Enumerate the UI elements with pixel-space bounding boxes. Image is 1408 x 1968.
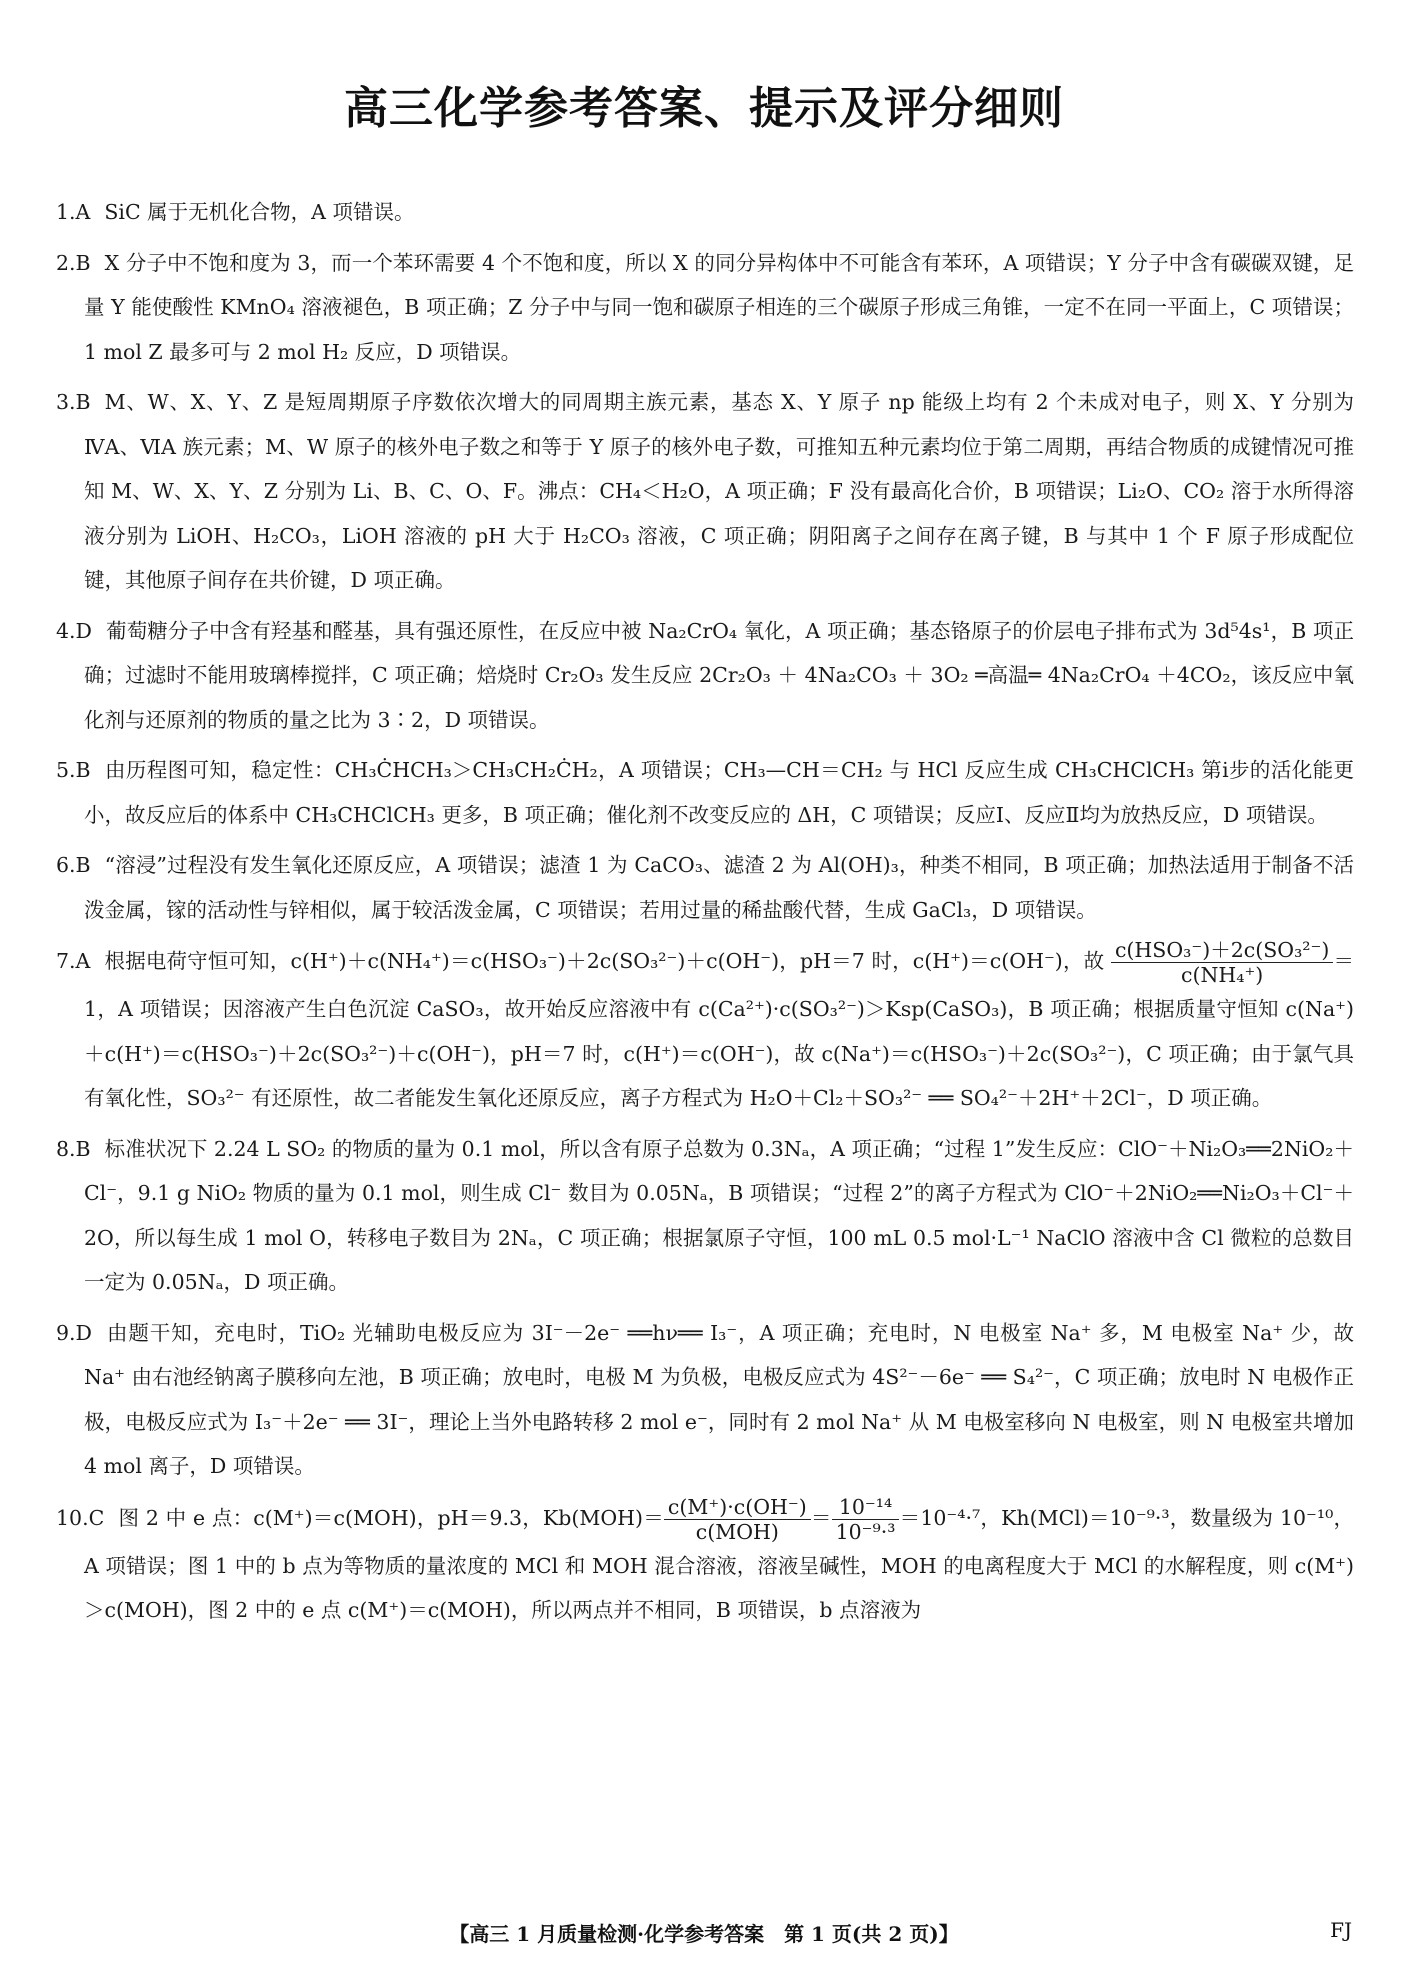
answer-number: 2.B [56, 251, 91, 275]
answer-item-5: 5.B由历程图可知，稳定性：CH₃ĊHCH₃＞CH₃CH₂ĊH₂，A 项错误；C… [56, 748, 1354, 837]
answer-explanation: “溶浸”过程没有发生氧化还原反应，A 项错误；滤渣 1 为 CaCO₃、滤渣 2… [84, 853, 1354, 922]
answer-explanation: 葡萄糖分子中含有羟基和醛基，具有强还原性，在反应中被 Na₂CrO₄ 氧化，A … [84, 619, 1354, 732]
page-footer: 【高三 1 月质量检测·化学参考答案 第 1 页(共 2 页)】 [0, 1918, 1408, 1947]
answer-number: 7.A [56, 949, 90, 973]
fraction-denominator: c(NH₄⁺) [1111, 963, 1333, 987]
answer-explanation-part1: 根据电荷守恒可知，c(H⁺)＋c(NH₄⁺)＝c(HSO₃⁻)＋2c(SO₃²⁻… [104, 949, 1104, 973]
page-title: 高三化学参考答案、提示及评分细则 [0, 72, 1408, 136]
fraction-denominator: c(MOH) [664, 1520, 811, 1544]
answer-explanation: X 分子中不饱和度为 3，而一个苯环需要 4 个不饱和度，所以 X 的同分异构体… [84, 251, 1354, 364]
fraction: c(HSO₃⁻)＋2c(SO₃²⁻)c(NH₄⁺) [1111, 938, 1333, 987]
fraction: 10⁻¹⁴10⁻⁹·³ [832, 1495, 900, 1544]
answer-explanation: M、W、X、Y、Z 是短周期原子序数依次增大的同周期主族元素，基态 X、Y 原子… [84, 390, 1354, 592]
answer-item-3: 3.BM、W、X、Y、Z 是短周期原子序数依次增大的同周期主族元素，基态 X、Y… [56, 380, 1354, 603]
fraction-numerator: c(HSO₃⁻)＋2c(SO₃²⁻) [1111, 938, 1333, 963]
answer-item-7: 7.A根据电荷守恒可知，c(H⁺)＋c(NH₄⁺)＝c(HSO₃⁻)＋2c(SO… [56, 938, 1354, 1121]
fraction-numerator: 10⁻¹⁴ [832, 1495, 900, 1520]
answer-number: 8.B [56, 1137, 91, 1161]
answer-number: 5.B [56, 758, 91, 782]
answer-explanation-part1: 图 2 中 e 点：c(M⁺)＝c(MOH)，pH＝9.3，Kb(MOH)＝ [118, 1506, 664, 1530]
answer-item-2: 2.BX 分子中不饱和度为 3，而一个苯环需要 4 个不饱和度，所以 X 的同分… [56, 241, 1354, 375]
fraction-denominator: 10⁻⁹·³ [832, 1520, 900, 1544]
answer-item-6: 6.B“溶浸”过程没有发生氧化还原反应，A 项错误；滤渣 1 为 CaCO₃、滤… [56, 843, 1354, 932]
fraction-numerator: c(M⁺)·c(OH⁻) [664, 1495, 811, 1520]
answer-number: 3.B [56, 390, 91, 414]
footer-region-code: FJ [1330, 1918, 1352, 1942]
answer-explanation: 由题干知，充电时，TiO₂ 光辅助电极反应为 3I⁻－2e⁻ ══hν══ I₃… [84, 1321, 1354, 1479]
answer-number: 10.C [56, 1506, 104, 1530]
answer-number: 4.D [56, 619, 92, 643]
answer-explanation: 标准状况下 2.24 L SO₂ 的物质的量为 0.1 mol，所以含有原子总数… [84, 1137, 1354, 1295]
answer-number: 1.A [56, 200, 90, 224]
answer-explanation: 由历程图可知，稳定性：CH₃ĊHCH₃＞CH₃CH₂ĊH₂，A 项错误；CH₃—… [84, 758, 1354, 827]
answer-item-1: 1.ASiC 属于无机化合物，A 项错误。 [56, 190, 1354, 235]
fraction: c(M⁺)·c(OH⁻)c(MOH) [664, 1495, 811, 1544]
answer-item-10: 10.C图 2 中 e 点：c(M⁺)＝c(MOH)，pH＝9.3，Kb(MOH… [56, 1495, 1354, 1633]
answer-item-4: 4.D葡萄糖分子中含有羟基和醛基，具有强还原性，在反应中被 Na₂CrO₄ 氧化… [56, 609, 1354, 743]
answer-item-8: 8.B标准状况下 2.24 L SO₂ 的物质的量为 0.1 mol，所以含有原… [56, 1127, 1354, 1305]
answer-list: 1.ASiC 属于无机化合物，A 项错误。 2.BX 分子中不饱和度为 3，而一… [56, 190, 1354, 1639]
answer-number: 9.D [56, 1321, 92, 1345]
answer-explanation: SiC 属于无机化合物，A 项错误。 [104, 200, 414, 224]
answer-item-9: 9.D由题干知，充电时，TiO₂ 光辅助电极反应为 3I⁻－2e⁻ ══hν══… [56, 1311, 1354, 1489]
answer-number: 6.B [56, 853, 91, 877]
